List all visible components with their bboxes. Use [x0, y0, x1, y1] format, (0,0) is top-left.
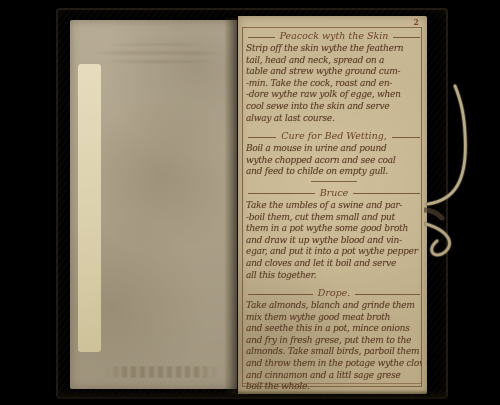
manuscript-line: and fry in fresh grese, put them to the [246, 336, 422, 348]
faint-ink-offset-bottom [104, 366, 220, 378]
manuscript-line: and cinnamon and a littl sage grese [246, 371, 422, 383]
manuscript-line: table and strew wythe ground cum- [246, 67, 422, 79]
manuscript-line: and seethe this in a pot, mince onions [246, 324, 422, 336]
recipe-heading: Bruce [248, 188, 420, 199]
manuscript-line: boil the whole. [246, 382, 422, 394]
manuscript-line: -min. Take the cock, roast and en- [246, 79, 422, 91]
manuscript-line: Boil a mouse in urine and pound [246, 144, 422, 156]
manuscript-line: and throw them in the potage wythe clove… [246, 359, 422, 371]
manuscript-line: and draw it up wythe blood and vin- [246, 236, 422, 248]
manuscript-line: cool sewe into the skin and serve [246, 102, 422, 114]
manuscript-line: them in a pot wythe some good broth [246, 224, 422, 236]
manuscript-line: Strip off the skin wythe the feathern [246, 44, 422, 56]
manuscript-line: egar, and put it into a pot wythe pepper [246, 247, 422, 259]
recipe-heading: Drope. [248, 288, 420, 299]
manuscript-line: wythe chopped acorn and see coal [246, 156, 422, 168]
manuscript-text-block: Peacock wyth the Skin Strip off the skin… [246, 30, 422, 400]
recipe-heading: Peacock wyth the Skin [248, 31, 420, 42]
manuscript-line: tail, head and neck, spread on a [246, 56, 422, 68]
manuscript-line: mix them wythe good meat broth [246, 313, 422, 325]
right-page: 2 Peacock wyth the Skin Strip off the sk… [238, 16, 427, 394]
vellum-repair-strip [78, 64, 101, 352]
faint-ink-offset-top [98, 40, 220, 68]
recipe-section-peacock: Peacock wyth the Skin Strip off the skin… [246, 31, 422, 125]
manuscript-line: Take the umbles of a swine and par- [246, 201, 422, 213]
page-number: 2 [413, 17, 419, 27]
manuscript-line: and feed to childe on empty gull. [246, 167, 422, 179]
manuscript-line: and cloves and let it boil and serve [246, 259, 422, 271]
manuscript-book-cover: 2 Peacock wyth the Skin Strip off the sk… [56, 8, 448, 399]
recipe-heading: Cure for Bed Wetting, [248, 131, 420, 142]
manuscript-line: -boil them, cut them small and put [246, 213, 422, 225]
recipe-section-drope: Drope. Take almonds, blanch and grinde t… [246, 288, 422, 394]
section-divider-rule [311, 181, 357, 182]
left-page [70, 20, 237, 389]
photo-background: 2 Peacock wyth the Skin Strip off the sk… [0, 0, 500, 405]
recipe-section-bruce: Bruce Take the umbles of a swine and par… [246, 188, 422, 282]
manuscript-line: -dore wythe raw yolk of egge, when [246, 90, 422, 102]
recipe-section-bedwetting: Cure for Bed Wetting, Boil a mouse in ur… [246, 131, 422, 182]
manuscript-line: almonds. Take small birds, parboil them [246, 347, 422, 359]
vellum-ties [424, 82, 496, 268]
manuscript-line: alway at last course. [246, 114, 422, 126]
manuscript-line: all this together. [246, 271, 422, 283]
manuscript-line: Take almonds, blanch and grinde them [246, 301, 422, 313]
